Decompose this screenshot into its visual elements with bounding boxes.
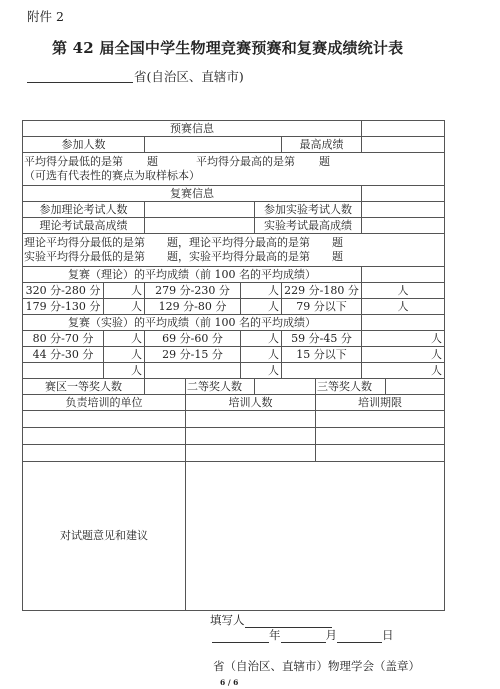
score-range-label: 44 分-30 分: [23, 347, 104, 363]
theory-participants-label: 参加理论考试人数: [23, 202, 145, 218]
theory-top-label: 理论考试最高成绩: [23, 218, 145, 234]
training-count-cell[interactable]: [186, 411, 316, 428]
theory-top-value[interactable]: [145, 218, 255, 234]
theory-dist-row: 179 分-130 分 人 129 分-80 分 人 79 分以下 人: [23, 299, 445, 315]
score-range-label: 15 分以下: [282, 347, 362, 363]
exp-dist-header-blank[interactable]: [362, 315, 445, 331]
exp-dist-title: 复赛（实验）的平均成绩（前 100 名的平均成绩）: [23, 315, 362, 331]
exp-participants-label: 参加实验考试人数: [255, 202, 362, 218]
day-label: 日: [382, 628, 394, 642]
count-cell[interactable]: 人: [104, 299, 145, 315]
theory-dist-row: 320 分-280 分 人 279 分-230 分 人 229 分-180 分 …: [23, 283, 445, 299]
third-prize-value[interactable]: [386, 379, 445, 395]
page-number: 6 / 6: [220, 678, 238, 687]
participants-label: 参加人数: [23, 137, 145, 153]
prelim-sample-note: （可选有代表性的赛点为取样标本）: [24, 169, 444, 183]
theory-avg-high-suffix: 题: [332, 236, 343, 249]
prelim-avg-row: 平均得分最低的是第题平均得分最高的是第题 （可选有代表性的赛点为取样标本）: [23, 153, 445, 186]
theory-dist-title: 复赛（理论）的平均成绩（前 100 名的平均成绩）: [23, 267, 362, 283]
count-cell[interactable]: 人: [241, 283, 282, 299]
prelim-avg-cell[interactable]: 平均得分最低的是第题平均得分最高的是第题 （可选有代表性的赛点为取样标本）: [23, 153, 445, 186]
training-count-cell[interactable]: [186, 445, 316, 462]
theory-avg-low-label: 理论平均得分最低的是第: [24, 236, 145, 249]
training-row: [23, 411, 445, 428]
year-blank[interactable]: [212, 632, 269, 643]
training-unit-cell[interactable]: [23, 445, 186, 462]
theory-dist-header-blank[interactable]: [362, 267, 445, 283]
prelim-avg-high-label: 平均得分最高的是第: [196, 155, 295, 168]
prelim-participants-row: 参加人数 最高成绩: [23, 137, 445, 153]
province-suffix: 省(自治区、直辖市): [134, 67, 244, 85]
final-header-row: 复赛信息: [23, 186, 445, 202]
filler-label: 填写人: [210, 613, 245, 627]
first-prize-label: 赛区一等奖人数: [23, 379, 145, 395]
theory-avg-high-label: 题，理论平均得分最高的是第: [167, 236, 310, 249]
count-cell[interactable]: 人: [104, 363, 145, 379]
score-range-label: 279 分-230 分: [145, 283, 241, 299]
training-period-cell[interactable]: [316, 411, 445, 428]
final-header-blank[interactable]: [362, 186, 445, 202]
first-prize-value[interactable]: [145, 379, 186, 395]
count-cell[interactable]: 人: [241, 299, 282, 315]
training-period-label: 培训期限: [316, 395, 445, 411]
filler-line: 填写人: [210, 612, 332, 628]
score-range-label[interactable]: [282, 363, 362, 379]
training-header-row: 负责培训的单位 培训人数 培训期限: [23, 395, 445, 411]
count-cell[interactable]: 人: [362, 363, 445, 379]
top-score-value[interactable]: [362, 137, 445, 153]
suggestions-label: 对试题意见和建议: [23, 462, 186, 611]
exp-avg-low-label: 实验平均得分最低的是第: [24, 250, 145, 263]
final-section-title: 复赛信息: [23, 186, 362, 202]
exp-dist-row: 44 分-30 分 人 29 分-15 分 人 15 分以下 人: [23, 347, 445, 363]
date-line: 年月日: [212, 627, 394, 643]
awards-row: 赛区一等奖人数 二等奖人数 三等奖人数: [23, 379, 445, 395]
count-cell[interactable]: 人: [104, 347, 145, 363]
training-period-cell[interactable]: [316, 428, 445, 445]
count-cell[interactable]: 人: [362, 347, 445, 363]
prelim-section-title: 预赛信息: [23, 121, 362, 137]
score-range-label: 59 分-45 分: [282, 331, 362, 347]
count-cell[interactable]: 人: [104, 331, 145, 347]
final-participants-row: 参加理论考试人数 参加实验考试人数: [23, 202, 445, 218]
stats-table: 预赛信息 参加人数 最高成绩 平均得分最低的是第题平均得分最高的是第题 （可选有…: [22, 120, 445, 611]
month-blank[interactable]: [281, 632, 326, 643]
training-unit-cell[interactable]: [23, 411, 186, 428]
exp-avg-high-suffix: 题: [332, 250, 343, 263]
count-cell[interactable]: 人: [362, 283, 445, 299]
second-prize-value[interactable]: [255, 379, 316, 395]
theory-participants-value[interactable]: [145, 202, 255, 218]
count-cell[interactable]: 人: [362, 299, 445, 315]
participants-value[interactable]: [145, 137, 282, 153]
page-title: 第 42 届全国中学生物理竞赛预赛和复赛成绩统计表: [52, 37, 403, 58]
score-range-label: 29 分-15 分: [145, 347, 241, 363]
seal-line: 省（自治区、直辖市）物理学会（盖章）: [213, 658, 420, 674]
count-cell[interactable]: 人: [241, 363, 282, 379]
suggestions-row: 对试题意见和建议: [23, 462, 445, 611]
prelim-avg-low-label: 平均得分最低的是第: [24, 155, 123, 168]
exp-participants-value[interactable]: [362, 202, 445, 218]
prelim-header-blank[interactable]: [362, 121, 445, 137]
score-range-label: 69 分-60 分: [145, 331, 241, 347]
score-range-label: 229 分-180 分: [282, 283, 362, 299]
suggestions-input[interactable]: [186, 462, 445, 611]
exp-top-value[interactable]: [362, 218, 445, 234]
score-range-label: 320 分-280 分: [23, 283, 104, 299]
exp-dist-row: 人 人 人: [23, 363, 445, 379]
theory-dist-header-row: 复赛（理论）的平均成绩（前 100 名的平均成绩）: [23, 267, 445, 283]
prelim-header-row: 预赛信息: [23, 121, 445, 137]
month-label: 月: [326, 628, 338, 642]
prelim-avg-high-suffix: 题: [319, 155, 330, 168]
exp-top-label: 实验考试最高成绩: [255, 218, 362, 234]
year-label: 年: [269, 628, 281, 642]
training-unit-label: 负责培训的单位: [23, 395, 186, 411]
score-range-label[interactable]: [23, 363, 104, 379]
final-avg-row: 理论平均得分最低的是第题，理论平均得分最高的是第题 实验平均得分最低的是第题，实…: [23, 234, 445, 267]
exp-dist-header-row: 复赛（实验）的平均成绩（前 100 名的平均成绩）: [23, 315, 445, 331]
annex-label: 附件 2: [27, 7, 64, 25]
top-score-label: 最高成绩: [282, 137, 362, 153]
score-range-label: 79 分以下: [282, 299, 362, 315]
prelim-avg-low-suffix: 题: [147, 155, 158, 168]
score-range-label: 80 分-70 分: [23, 331, 104, 347]
training-row: [23, 428, 445, 445]
final-top-row: 理论考试最高成绩 实验考试最高成绩: [23, 218, 445, 234]
final-avg-cell[interactable]: 理论平均得分最低的是第题，理论平均得分最高的是第题 实验平均得分最低的是第题，实…: [23, 234, 445, 267]
training-count-cell[interactable]: [186, 428, 316, 445]
exp-avg-high-label: 题，实验平均得分最高的是第: [167, 250, 310, 263]
count-cell[interactable]: 人: [241, 331, 282, 347]
score-range-label: 129 分-80 分: [145, 299, 241, 315]
count-cell[interactable]: 人: [104, 283, 145, 299]
exp-dist-row: 80 分-70 分 人 69 分-60 分 人 59 分-45 分 人: [23, 331, 445, 347]
count-cell[interactable]: 人: [362, 331, 445, 347]
score-range-label[interactable]: [145, 363, 241, 379]
training-period-cell[interactable]: [316, 445, 445, 462]
third-prize-label: 三等奖人数: [316, 379, 386, 395]
training-unit-cell[interactable]: [23, 428, 186, 445]
count-cell[interactable]: 人: [241, 347, 282, 363]
province-blank[interactable]: [27, 82, 133, 83]
training-count-label: 培训人数: [186, 395, 316, 411]
day-blank[interactable]: [337, 632, 382, 643]
second-prize-label: 二等奖人数: [186, 379, 255, 395]
score-range-label: 179 分-130 分: [23, 299, 104, 315]
training-row: [23, 445, 445, 462]
